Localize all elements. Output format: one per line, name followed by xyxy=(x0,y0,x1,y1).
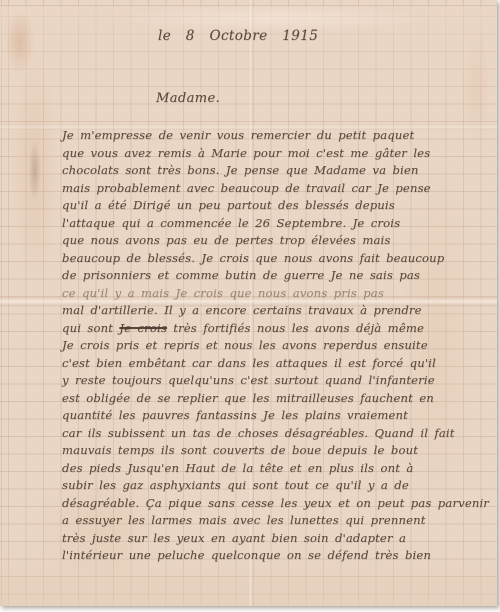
letter-line: est obligée de se replier que les mitrai… xyxy=(62,390,462,408)
letter-line: beaucoup de blessés. Je crois que nous a… xyxy=(62,250,462,268)
letter-line: y reste toujours quelqu'uns c'est surtou… xyxy=(62,372,462,390)
letter-line: l'attaque qui a commencée le 26 Septembr… xyxy=(62,215,462,233)
letter-body: Je m'empresse de venir vous remercier du… xyxy=(62,127,462,565)
letter-line: Je m'empresse de venir vous remercier du… xyxy=(62,127,462,145)
letter-line: c'est bien embêtant car dans les attaque… xyxy=(62,355,462,373)
letter-line: l'intérieur une peluche quelconque on se… xyxy=(62,547,462,565)
strikethrough-text: Je crois xyxy=(119,321,167,335)
letter-line: subir les gaz asphyxiants qui sont tout … xyxy=(62,477,462,495)
letter-paper: le 8 Octobre 1915 Madame. Je m'empresse … xyxy=(0,0,497,606)
photo-of-letter: { "letter": { "date_line": "le 8 Octobre… xyxy=(0,0,500,612)
letter-line: que vous avez remis à Marie pour moi c'e… xyxy=(62,145,462,163)
letter-line: de prisonniers et comme butin de guerre … xyxy=(62,267,462,285)
letter-line: car ils subissent un tas de choses désag… xyxy=(62,425,462,443)
letter-line: chocolats sont très bons. Je pense que M… xyxy=(62,162,462,180)
letter-line: a essuyer les larmes mais avec les lunet… xyxy=(62,512,462,530)
letter-line: que nous avons pas eu de pertes trop éle… xyxy=(62,232,462,250)
letter-line: qu'il a été Dirigé un peu partout des bl… xyxy=(62,197,462,215)
letter-salutation: Madame. xyxy=(156,91,220,106)
letter-line: mal d'artillerie. Il y a encore certains… xyxy=(62,302,462,320)
letter-line: très juste sur les yeux en ayant bien so… xyxy=(62,530,462,548)
letter-line: des pieds Jusqu'en Haut de la tête et en… xyxy=(62,460,462,478)
letter-line-with-strikethrough: qui sont Je crois très fortifiés nous le… xyxy=(62,320,462,338)
letter-date: le 8 Octobre 1915 xyxy=(158,28,318,44)
letter-line: mais probablement avec beaucoup de trava… xyxy=(62,180,462,198)
letter-line: mauvais temps ils sont couverts de boue … xyxy=(62,442,462,460)
letter-line: désagréable. Ça pique sans cesse les yeu… xyxy=(62,495,462,513)
letter-line: quantité les pauvres fantassins Je les p… xyxy=(62,407,462,425)
line-segment: qui sont xyxy=(62,321,119,335)
letter-line-on-fold: ce qu'il y a mais Je crois que nous avon… xyxy=(62,285,462,303)
letter-line: Je crois pris et repris et nous les avon… xyxy=(62,337,462,355)
line-segment: très fortifiés nous les avons déjà même xyxy=(167,321,424,335)
